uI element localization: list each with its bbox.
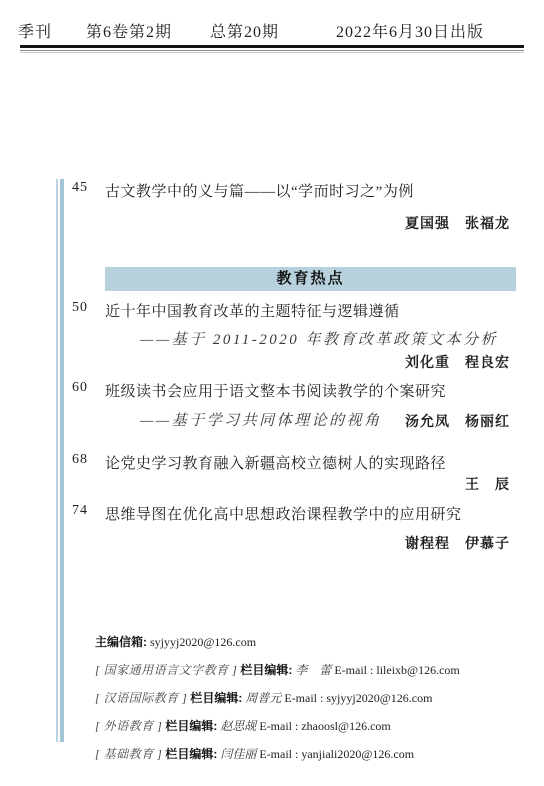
publish-date: 2022年6月30日出版 xyxy=(336,19,484,42)
toc-page-number: 60 xyxy=(72,380,88,396)
volume-issue: 第6卷第2期 xyxy=(86,19,172,42)
toc-article-authors: 王 辰 xyxy=(465,474,510,494)
toc-article-authors: 刘化重 程良宏 xyxy=(405,352,510,372)
column-section-name: [ 基础教育 ] xyxy=(95,747,162,761)
toc-page-number: 74 xyxy=(72,503,88,519)
toc-article-title: 思维导图在优化高中思想政治课程教学中的应用研究 xyxy=(105,503,462,524)
column-editor-email: syjyyj2020@126.com xyxy=(326,691,432,705)
column-editor-label: 栏目编辑: xyxy=(190,691,242,705)
email-label: E-mail : xyxy=(334,663,373,677)
toc-article-authors: 汤允凤 杨丽红 xyxy=(405,411,510,431)
journal-frequency: 季刊 xyxy=(18,19,52,42)
column-editor-name: 闫佳丽 xyxy=(220,747,256,761)
toc-article-authors: 谢程程 伊慕子 xyxy=(405,533,510,553)
column-editor-name: 周普元 xyxy=(245,691,281,705)
column-section-name: [ 外语教育 ] xyxy=(95,719,162,733)
toc-article-title: 班级读书会应用于语文整本书阅读教学的个案研究 xyxy=(105,380,446,401)
toc-article-subtitle: ——基于 2011-2020 年教育改革政策文本分析 xyxy=(140,328,498,349)
column-editor-email: zhaoosl@126.com xyxy=(301,719,390,733)
column-editor-name: 李 蕾 xyxy=(295,663,331,677)
toc-article-title: 近十年中国教育改革的主题特征与逻辑遵循 xyxy=(105,300,400,321)
column-editor-line: [ 基础教育 ] 栏目编辑: 闫佳丽 E-mail : yanjiali2020… xyxy=(95,745,414,762)
column-editor-label: 栏目编辑: xyxy=(165,747,217,761)
toc-article-title: 论党史学习教育融入新疆高校立德树人的实现路径 xyxy=(105,452,446,473)
accent-vline-thick xyxy=(60,179,64,742)
column-section-name: [ 汉语国际教育 ] xyxy=(95,691,187,705)
total-issue: 总第20期 xyxy=(210,19,279,42)
chief-editor-email: syjyyj2020@126.com xyxy=(150,635,256,649)
email-label: E-mail : xyxy=(259,747,298,761)
column-editor-label: 栏目编辑: xyxy=(240,663,292,677)
email-label: E-mail : xyxy=(284,691,323,705)
column-editor-email: lileixb@126.com xyxy=(376,663,459,677)
header-divider-rule xyxy=(20,45,524,53)
chief-editor-line: 主编信箱: syjyyj2020@126.com xyxy=(95,633,256,650)
section-banner: 教育热点 xyxy=(105,267,516,291)
toc-article-authors: 夏国强 张福龙 xyxy=(405,213,510,233)
accent-vline-thin xyxy=(56,179,58,742)
toc-article-title: 古文教学中的义与篇——以“学而时习之”为例 xyxy=(105,180,414,201)
column-editor-label: 栏目编辑: xyxy=(165,719,217,733)
column-editor-name: 赵思觇 xyxy=(220,719,256,733)
column-editor-email: yanjiali2020@126.com xyxy=(301,747,414,761)
toc-article-subtitle: ——基于学习共同体理论的视角 xyxy=(140,409,382,430)
chief-editor-label: 主编信箱: xyxy=(95,635,147,649)
toc-page-number: 68 xyxy=(72,452,88,468)
rule-faint-line xyxy=(20,52,524,53)
column-section-name: [ 国家通用语言文字教育 ] xyxy=(95,663,237,677)
column-editor-line: [ 外语教育 ] 栏目编辑: 赵思觇 E-mail : zhaoosl@126.… xyxy=(95,717,391,734)
toc-page-number: 50 xyxy=(72,300,88,316)
journal-toc-page: 季刊 第6卷第2期 总第20期 2022年6月30日出版 45 古文教学中的义与… xyxy=(0,0,544,786)
column-editor-line: [ 国家通用语言文字教育 ] 栏目编辑: 李 蕾 E-mail : lileix… xyxy=(95,661,460,678)
column-editor-line: [ 汉语国际教育 ] 栏目编辑: 周普元 E-mail : syjyyj2020… xyxy=(95,689,432,706)
toc-page-number: 45 xyxy=(72,180,88,196)
rule-thick-line xyxy=(20,45,524,48)
email-label: E-mail : xyxy=(259,719,298,733)
rule-thin-line xyxy=(20,50,524,51)
